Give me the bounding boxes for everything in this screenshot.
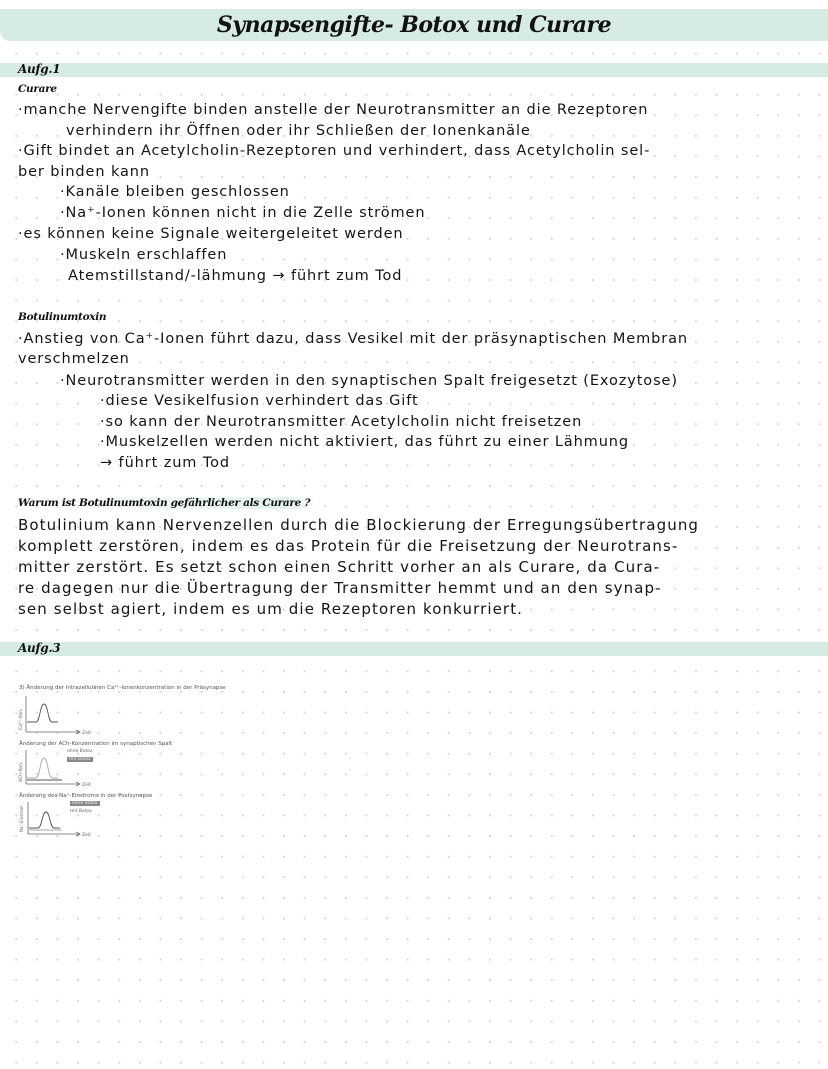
- note-line: verhindern ihr Öffnen oder ihr Schließen…: [66, 121, 531, 141]
- na-influx-graph: Na⁺-Einstrom Zeit: [18, 800, 98, 842]
- svg-text:ACh-Kon.: ACh-Kon.: [18, 762, 24, 782]
- svg-text:Zeit: Zeit: [82, 782, 91, 788]
- section-bar-aufg3: [0, 642, 828, 656]
- ach-concentration-graph: ACh-Kon. Zeit: [18, 748, 98, 790]
- note-line: ·manche Nervengifte binden anstelle der …: [18, 100, 648, 120]
- svg-text:Zeit: Zeit: [82, 730, 91, 736]
- answer-line: re dagegen nur die Übertragung der Trans…: [18, 578, 662, 598]
- note-line: ·es können keine Signale weitergeleitet …: [18, 224, 404, 244]
- graph-caption: 3) Änderung der intrazellulären Ca²⁺-Ion…: [19, 685, 226, 691]
- page-title: Synapsengifte- Botox und Curare: [217, 12, 611, 38]
- note-line: ·Neurotransmitter werden in den synaptis…: [60, 371, 678, 391]
- note-line: ·Gift bindet an Acetylcholin-Rezeptoren …: [18, 141, 650, 161]
- section-bar-aufg1: [0, 63, 828, 77]
- answer-line: komplett zerstören, indem es das Protein…: [18, 536, 678, 556]
- answer-line: Botulinium kann Nervenzellen durch die B…: [18, 515, 699, 535]
- note-line: ·Muskeln erschlaffen: [60, 245, 227, 265]
- title-banner: Synapsengifte- Botox und Curare: [0, 9, 828, 41]
- section-heading-aufg3: Aufg.3: [18, 641, 60, 655]
- note-line: → führt zum Tod: [100, 453, 230, 473]
- section-heading-aufg1: Aufg.1: [18, 62, 60, 76]
- note-line: ·Kanäle bleiben geschlossen: [60, 182, 290, 202]
- ca-concentration-graph: Ca²⁺-Kon. Zeit: [18, 694, 98, 736]
- answer-line: sen selbst agiert, indem es um die Rezep…: [18, 599, 523, 619]
- subheading-curare: Curare: [18, 83, 57, 95]
- answer-line: mitter zerstört. Es setzt schon einen Sc…: [18, 557, 660, 577]
- note-line: ber binden kann: [18, 162, 150, 182]
- note-line: ·Anstieg von Ca⁺-Ionen führt dazu, dass …: [18, 329, 688, 349]
- note-line: ·Na⁺-Ionen können nicht in die Zelle str…: [60, 203, 425, 223]
- subheading-botulinumtoxin: Botulinumtoxin: [18, 311, 106, 323]
- svg-text:Ca²⁺-Kon.: Ca²⁺-Kon.: [18, 709, 24, 730]
- graph-caption: Änderung der ACh-Konzentration im synapt…: [19, 741, 172, 747]
- svg-text:Na⁺-Einstrom: Na⁺-Einstrom: [19, 805, 24, 832]
- note-line: ·Muskelzellen werden nicht aktiviert, da…: [100, 432, 629, 452]
- svg-text:Zeit: Zeit: [82, 832, 91, 838]
- note-line: ·so kann der Neurotransmitter Acetylchol…: [100, 412, 582, 432]
- note-line: verschmelzen: [18, 349, 130, 369]
- graph-caption: Änderung des Na⁺-Einstroms in der Postsy…: [19, 793, 152, 799]
- note-line: Atemstillstand/-lähmung → führt zum Tod: [68, 266, 402, 286]
- note-line: ·diese Vesikelfusion verhindert das Gift: [100, 391, 419, 411]
- question-heading: Warum ist Botulinumtoxin gefährlicher al…: [18, 497, 316, 509]
